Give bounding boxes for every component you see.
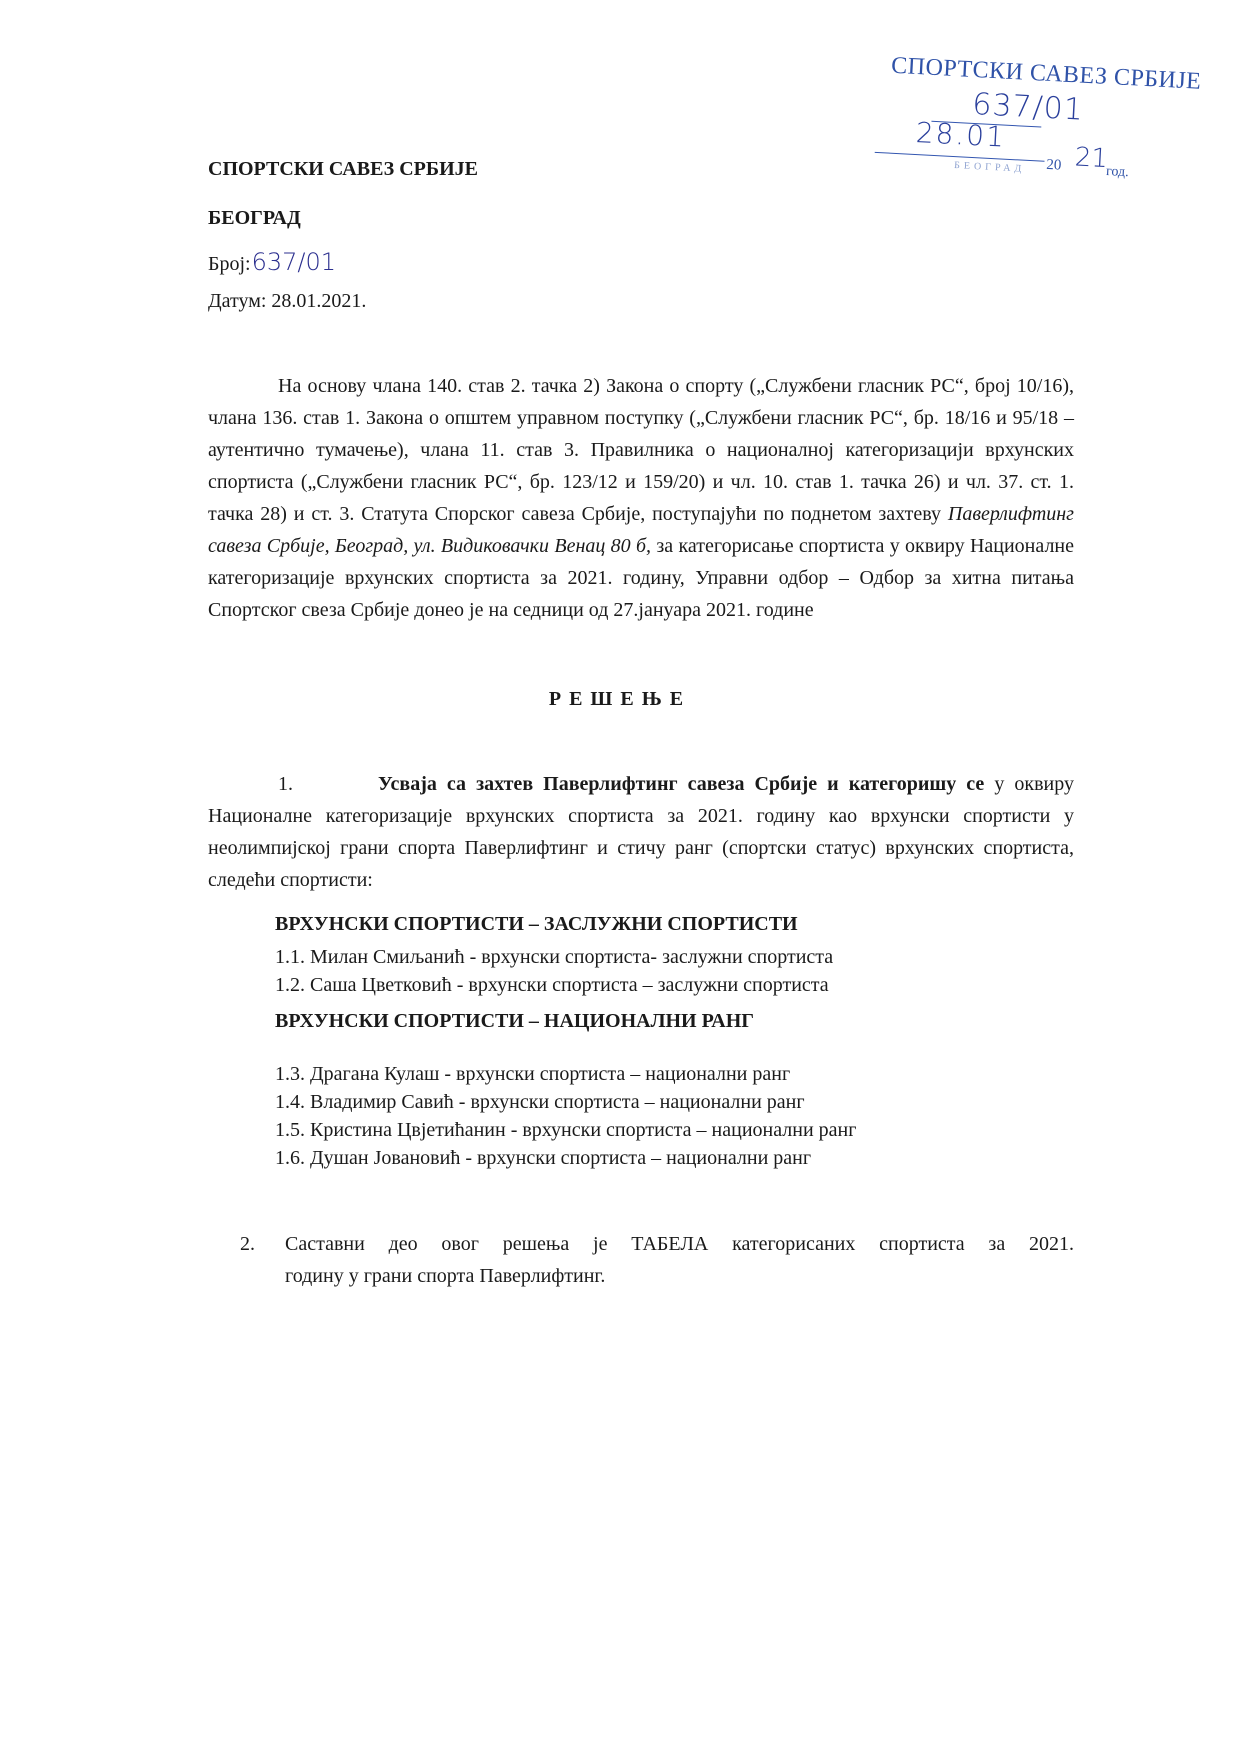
athlete-list-national: 1.3. Драгана Кулаш - врхунски спортиста … xyxy=(275,1060,856,1172)
registry-stamp: СПОРТСКИ САВЕЗ СРБИЈЕ 637/01 28.01 БЕОГР… xyxy=(873,52,1179,198)
athlete-list-item: 1.3. Драгана Кулаш - врхунски спортиста … xyxy=(275,1060,856,1088)
stamp-year-suffix: год. xyxy=(1106,164,1129,181)
athlete-list-item: 1.6. Душан Јовановић - врхунски спортист… xyxy=(275,1144,856,1172)
athlete-list-item: 1.5. Кристина Цвјетићанин - врхунски спо… xyxy=(275,1116,856,1144)
preamble-paragraph: На основу члана 140. став 2. тачка 2) За… xyxy=(208,370,1074,626)
item-1-number: 1. xyxy=(208,768,378,800)
athlete-list-item: 1.4. Владимир Савић - врхунски спортиста… xyxy=(275,1088,856,1116)
decision-item-2: 2. Саставни део овог решења је ТАБЕЛА ка… xyxy=(240,1228,1074,1292)
item-2-line-2: годину у грани спорта Паверлифтинг. xyxy=(285,1265,605,1287)
item-1-lead: Усваја са захтев Паверлифтинг савеза Срб… xyxy=(378,773,984,795)
document-number-value: 637/01 xyxy=(252,248,336,276)
stamp-organization: СПОРТСКИ САВЕЗ СРБИЈЕ xyxy=(891,53,1202,96)
decision-title: РЕШЕЊЕ xyxy=(0,688,1240,711)
item-2-number: 2. xyxy=(240,1228,255,1260)
athlete-list-merited: 1.1. Милан Смиљанић - врхунски спортиста… xyxy=(275,943,833,999)
stamp-year-prefix: 20 xyxy=(1046,157,1062,175)
preamble-text-1: На основу члана 140. став 2. тачка 2) За… xyxy=(208,375,1074,525)
document-date: Датум: 28.01.2021. xyxy=(208,290,366,313)
stamp-city: БЕОГРАД xyxy=(954,160,1026,175)
document-number-label: Број: xyxy=(208,253,251,275)
document-number: Број:637/01 xyxy=(208,248,336,276)
athlete-list-item: 1.2. Саша Цветковић - врхунски спортиста… xyxy=(275,971,833,999)
issuer-city: БЕОГРАД xyxy=(208,207,301,230)
stamp-date: 28.01 xyxy=(915,116,1007,154)
athlete-list-item: 1.1. Милан Смиљанић - врхунски спортиста… xyxy=(275,943,833,971)
document-page: СПОРТСКИ САВЕЗ СРБИЈЕ 637/01 28.01 БЕОГР… xyxy=(0,0,1240,1753)
section-heading-national: ВРХУНСКИ СПОРТИСТИ – НАЦИОНАЛНИ РАНГ xyxy=(275,1010,754,1033)
decision-item-1: 1.Усваја са захтев Паверлифтинг савеза С… xyxy=(208,768,1074,896)
item-2-line-1: Саставни део овог решења је ТАБЕЛА катег… xyxy=(285,1228,1074,1260)
stamp-year: 21 xyxy=(1074,142,1109,174)
section-heading-merited: ВРХУНСКИ СПОРТИСТИ – ЗАСЛУЖНИ СПОРТИСТИ xyxy=(275,913,798,936)
issuer-organization: СПОРТСКИ САВЕЗ СРБИЈЕ xyxy=(208,158,478,181)
